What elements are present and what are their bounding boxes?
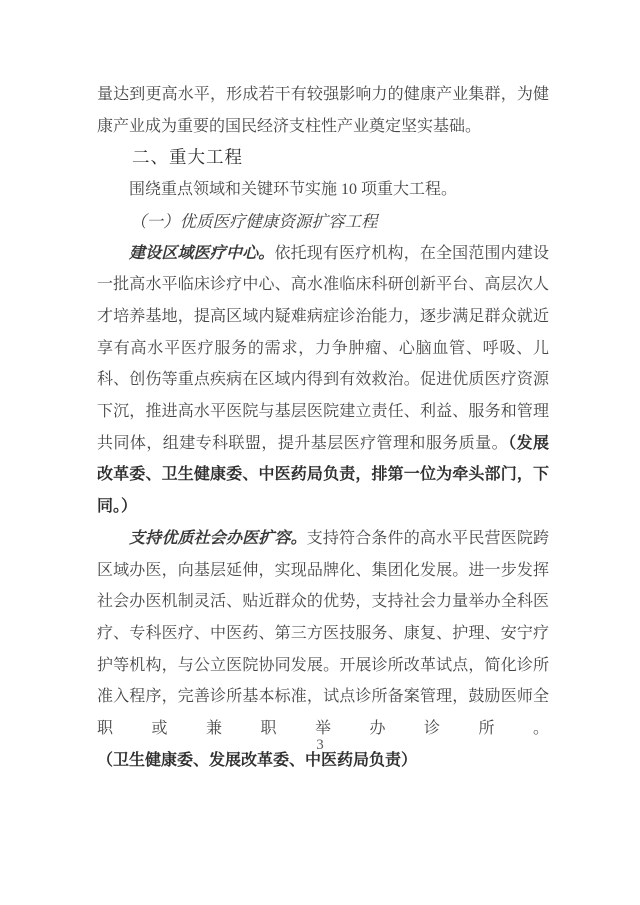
paragraph-lead-bold: 支持优质社会办医扩容。 [129, 530, 307, 547]
paragraph-lead-bold: 建设区域医疗中心。 [129, 245, 274, 262]
section-heading-major-projects: 二、重大工程 [97, 142, 549, 174]
page-number: 3 [0, 737, 640, 754]
paragraph-continuation: 量达到更高水平，形成若干有较强影响力的健康产业集群，为健康产业成为重要的国民经济… [97, 79, 549, 142]
paragraph-text: 支持符合条件的高水平民营医院跨区域办医，向基层延伸，实现品牌化、集团化发展。进一… [97, 530, 549, 737]
subsection-heading-resource-expansion: （一）优质医疗健康资源扩容工程 [97, 206, 549, 238]
document-body: 量达到更高水平，形成若干有较强影响力的健康产业集群，为健康产业成为重要的国民经济… [97, 79, 549, 776]
document-page: 量达到更高水平，形成若干有较强影响力的健康产业集群，为健康产业成为重要的国民经济… [0, 0, 640, 905]
responsible-departments: （卫生健康委、发展改革委、中医药局负责） [97, 752, 417, 769]
paragraph-overview: 围绕重点领域和关键环节实施 10 项重大工程。 [97, 174, 549, 206]
paragraph-regional-medical-centers: 建设区域医疗中心。依托现有医疗机构，在全国范围内建设一批高水平临床诊疗中心、高水… [97, 238, 549, 523]
paragraph-text: 依托现有医疗机构，在全国范围内建设一批高水平临床诊疗中心、高水准临床科研创新平台… [97, 245, 549, 452]
